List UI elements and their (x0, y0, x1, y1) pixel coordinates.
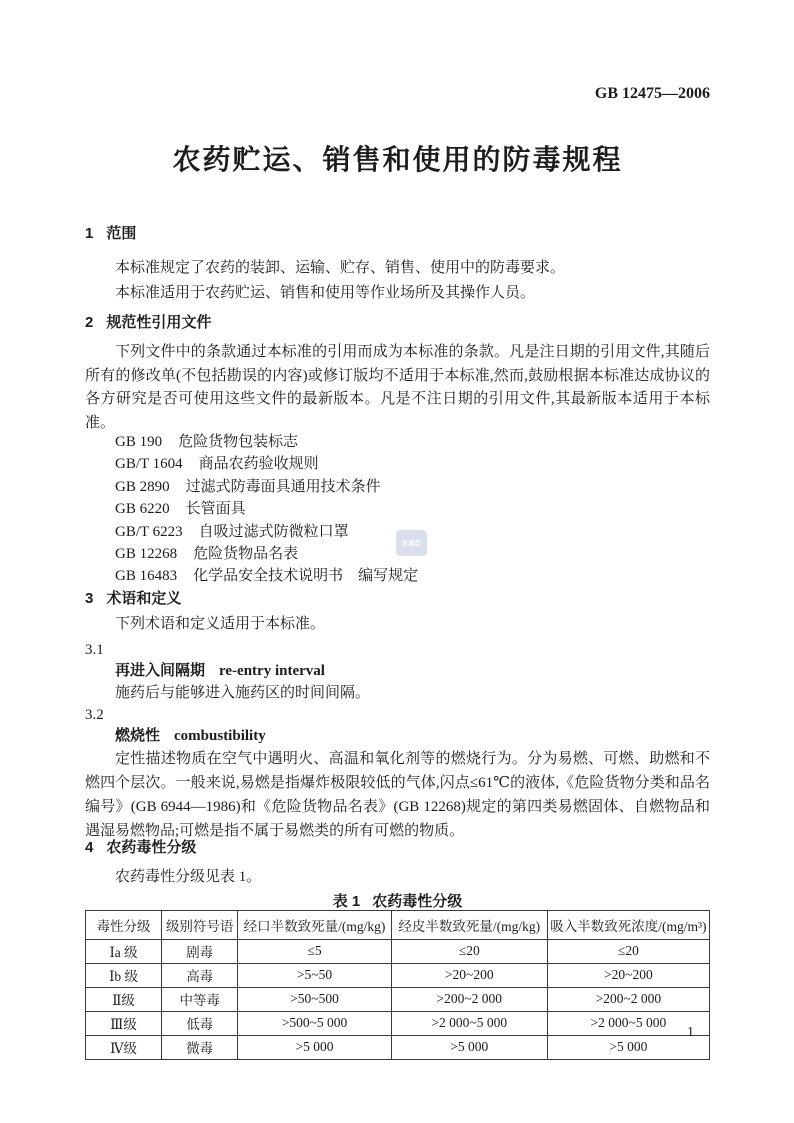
table-cell: >5 000 (238, 1035, 392, 1059)
table-header-cell: 吸入半数致死浓度/(mg/m³) (547, 910, 709, 939)
reference-title: 化学品安全技术说明书 编写规定 (193, 568, 418, 584)
reference-title: 自吸过滤式防微粒口罩 (199, 524, 349, 540)
table-cell: 中等毒 (162, 987, 238, 1011)
terms-intro: 下列术语和定义适用于本标准。 (85, 612, 710, 636)
table-cell: >5 000 (547, 1035, 709, 1059)
reference-code: GB 6220 (115, 501, 170, 517)
table-cell: ≤20 (547, 939, 709, 963)
section-1-number: 1 (85, 225, 93, 242)
term-name-english: combustibility (174, 728, 266, 744)
table-cell: Ⅰa 级 (86, 939, 162, 963)
clause-number-3-2: 3.2 (85, 705, 710, 725)
term-name: 再进入间隔期 (115, 662, 205, 679)
term-3-2-definition: 定性描述物质在空气中遇明火、高温和氧化剂等的燃烧行为。分为易燃、可燃、助燃和不燃… (85, 747, 710, 843)
table-cell: >20~200 (391, 963, 547, 987)
section-4-label: 农药毒性分级 (106, 839, 196, 856)
term-3-1: 再进入间隔期re-entry interval (85, 660, 710, 682)
table-header-cell: 毒性分级 (86, 910, 162, 939)
reference-item: GB 6220长管面具 (85, 498, 710, 520)
scope-paragraph-1: 本标准规定了农药的装卸、运输、贮存、销售、使用中的防毒要求。 (85, 256, 710, 280)
table-cell: >2 000~5 000 (391, 1011, 547, 1035)
sac-watermark: sac (396, 530, 427, 556)
reference-code: GB/T 6223 (115, 524, 183, 540)
reference-code: GB 2890 (115, 479, 170, 495)
table-row: Ⅱ级 中等毒 >50~500 >200~2 000 >200~2 000 (86, 987, 710, 1011)
table-cell: 低毒 (162, 1011, 238, 1035)
table-cell: 高毒 (162, 963, 238, 987)
table-cell: 剧毒 (162, 939, 238, 963)
reference-title: 过滤式防毒面具通用技术条件 (186, 479, 381, 495)
table-cell: 微毒 (162, 1035, 238, 1059)
reference-list: GB 190危险货物包装标志 GB/T 1604商品农药验收规则 GB 2890… (85, 431, 710, 588)
reference-item: GB 16483化学品安全技术说明书 编写规定 (85, 565, 710, 587)
reference-item: GB 190危险货物包装标志 (85, 431, 710, 453)
scope-paragraph-2: 本标准适用于农药贮运、销售和使用等作业场所及其操作人员。 (85, 281, 710, 305)
document-title: 农药贮运、销售和使用的防毒规程 (85, 145, 710, 175)
table-cell: Ⅱ级 (86, 987, 162, 1011)
table-row: Ⅲ级 低毒 >500~5 000 >2 000~5 000 >2 000~5 0… (86, 1011, 710, 1035)
clause-number-3-1: 3.1 (85, 640, 710, 660)
section-1-label: 范围 (106, 225, 136, 242)
reference-code: GB 190 (115, 434, 162, 450)
reference-title: 商品农药验收规则 (199, 456, 319, 472)
page-number: 1 (687, 1024, 694, 1042)
normative-references-intro: 下列文件中的条款通过本标准的引用而成为本标准的条款。凡是注日期的引用文件,其随后… (85, 341, 710, 435)
toxicity-intro: 农药毒性分级见表 1。 (85, 865, 710, 889)
table-caption-text: 农药毒性分级 (372, 893, 462, 910)
term-3-2: 燃烧性combustibility (85, 725, 710, 747)
term-3-1-definition: 施药后与能够进入施药区的时间间隔。 (85, 683, 710, 704)
table-caption: 表 1农药毒性分级 (85, 891, 710, 912)
table-row: Ⅰb 级 高毒 >5~50 >20~200 >20~200 (86, 963, 710, 987)
table-row: Ⅳ级 微毒 >5 000 >5 000 >5 000 (86, 1035, 710, 1059)
section-3-number: 3 (85, 590, 93, 607)
reference-item: GB 2890过滤式防毒面具通用技术条件 (85, 476, 710, 498)
term-name-english: re-entry interval (219, 663, 325, 679)
table-cell: Ⅲ级 (86, 1011, 162, 1035)
table-cell: ≤5 (238, 939, 392, 963)
table-header-cell: 经皮半数致死量/(mg/kg) (391, 910, 547, 939)
reference-title: 危险货物品名表 (193, 546, 298, 562)
table-header-cell: 经口半数致死量/(mg/kg) (238, 910, 392, 939)
reference-code: GB/T 1604 (115, 456, 183, 472)
reference-title: 长管面具 (186, 501, 246, 517)
table-header-cell: 级别符号语 (162, 910, 238, 939)
table-caption-label: 表 1 (333, 893, 361, 910)
section-2-heading: 2规范性引用文件 (85, 312, 710, 333)
table-cell: ≤20 (391, 939, 547, 963)
table-cell: >200~2 000 (547, 987, 709, 1011)
table-cell: >500~5 000 (238, 1011, 392, 1035)
section-1-heading: 1范围 (85, 223, 710, 244)
term-name: 燃烧性 (115, 727, 160, 744)
document-page: GB 12475—2006 农药贮运、销售和使用的防毒规程 1范围 本标准规定了… (0, 0, 794, 1123)
table-header-row: 毒性分级 级别符号语 经口半数致死量/(mg/kg) 经皮半数致死量/(mg/k… (86, 910, 710, 939)
toxicity-table: 毒性分级 级别符号语 经口半数致死量/(mg/kg) 经皮半数致死量/(mg/k… (85, 910, 710, 1060)
section-3-label: 术语和定义 (106, 590, 181, 607)
reference-item: GB/T 1604商品农药验收规则 (85, 453, 710, 475)
table-cell: >20~200 (547, 963, 709, 987)
table-cell: >200~2 000 (391, 987, 547, 1011)
table-cell: >5~50 (238, 963, 392, 987)
table-cell: Ⅳ级 (86, 1035, 162, 1059)
table-cell: Ⅰb 级 (86, 963, 162, 987)
section-3-heading: 3术语和定义 (85, 588, 710, 609)
section-4-number: 4 (85, 839, 93, 856)
table-row: Ⅰa 级 剧毒 ≤5 ≤20 ≤20 (86, 939, 710, 963)
section-2-label: 规范性引用文件 (106, 314, 211, 331)
section-2-number: 2 (85, 314, 93, 331)
reference-code: GB 12268 (115, 546, 177, 562)
table-cell: >2 000~5 000 (547, 1011, 709, 1035)
reference-title: 危险货物包装标志 (178, 434, 298, 450)
table-cell: >5 000 (391, 1035, 547, 1059)
table-cell: >50~500 (238, 987, 392, 1011)
standard-number: GB 12475—2006 (85, 0, 710, 103)
reference-code: GB 16483 (115, 568, 177, 584)
